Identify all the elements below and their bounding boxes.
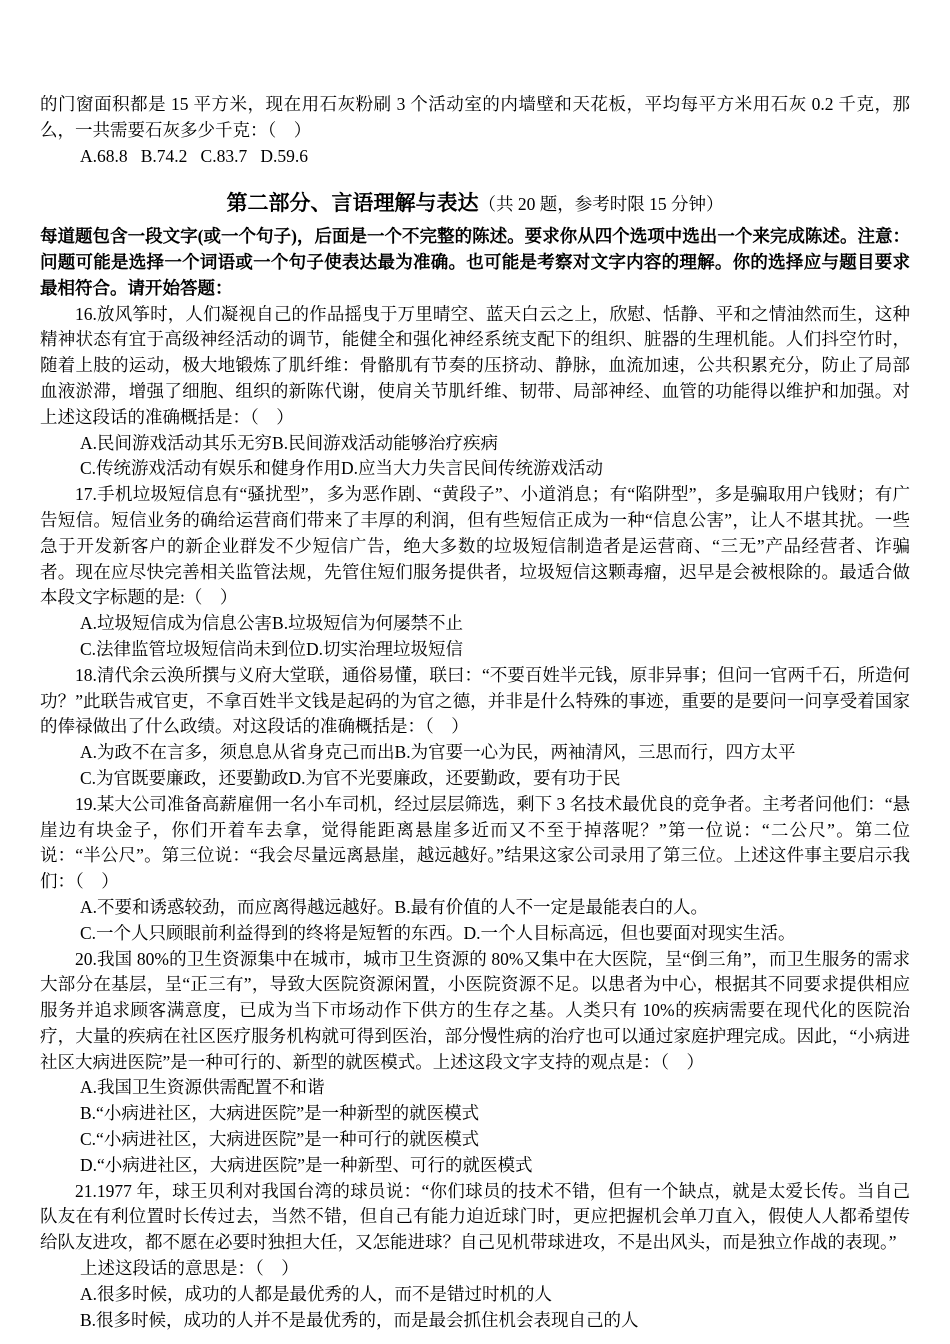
section-header: 第二部分、言语理解与表达（共 20 题，参考时限 15 分钟） — [40, 191, 910, 218]
q20-option-a: A.我国卫生资源供需配置不和谐 — [40, 1075, 910, 1101]
q21-stem: 21.1977 年，球王贝利对我国台湾的球员说：“你们球员的技术不错，但有一个缺… — [40, 1179, 910, 1256]
q17-options-row-2: C.法律监管垃圾短信尚未到位 D.切实治理垃圾短信 — [40, 637, 910, 663]
q16-option-a: A.民间游戏活动其乐无穷 — [80, 431, 272, 457]
q20-option-d: D.“小病进社区，大病进医院”是一种新型、可行的就医模式 — [40, 1153, 910, 1179]
q21-prompt: 上述这段话的意思是：（ ） — [40, 1256, 910, 1282]
q19-option-c: C.一个人只顾眼前利益得到的终将是短暂的东西。 — [80, 921, 464, 947]
q17-option-a: A.垃圾短信成为信息公害 — [80, 611, 272, 637]
q15-options-line: A.68.8 B.74.2 C.83.7 D.59.6 — [40, 144, 910, 170]
q19-option-d: D.一个人目标高远，但也要面对现实生活。 — [464, 921, 910, 947]
section-subtitle: （共 20 题，参考时限 15 分钟） — [479, 194, 724, 214]
q16-option-d: D.应当大力失言民间传统游戏活动 — [341, 456, 910, 482]
q17-option-c: C.法律监管垃圾短信尚未到位 — [80, 637, 306, 663]
q16-options-row-1: A.民间游戏活动其乐无穷 B.民间游戏活动能够治疗疾病 — [40, 431, 910, 457]
q16-option-c: C.传统游戏活动有娱乐和健身作用 — [80, 456, 341, 482]
section-instructions: 每道题包含一段文字(或一个句子)，后面是一个不完整的陈述。要求你从四个选项中选出… — [40, 224, 910, 301]
q21-option-a: A.很多时候，成功的人都是最优秀的人，而不是错过时机的人 — [40, 1282, 910, 1308]
q15-continuation-text: 的门窗面积都是 15 平方米，现在用石灰粉刷 3 个活动室的内墙壁和天花板，平均… — [40, 92, 910, 144]
q17-stem: 17.手机垃圾短信息有“骚扰型”，多为恶作剧、“黄段子”、小道消息；有“陷阱型”… — [40, 482, 910, 611]
q19-options-row-1: A.不要和诱惑较劲，而应离得越远越好。 B.最有价值的人不一定是最能表白的人。 — [40, 895, 910, 921]
q17-options-row-1: A.垃圾短信成为信息公害 B.垃圾短信为何屡禁不止 — [40, 611, 910, 637]
q16-options-row-2: C.传统游戏活动有娱乐和健身作用 D.应当大力失言民间传统游戏活动 — [40, 456, 910, 482]
q20-stem: 20.我国 80%的卫生资源集中在城市，城市卫生资源的 80%又集中在大医院，呈… — [40, 947, 910, 1076]
q17-option-b: B.垃圾短信为何屡禁不止 — [272, 611, 910, 637]
q20-option-c: C.“小病进社区，大病进医院”是一种可行的就医模式 — [40, 1127, 910, 1153]
q18-option-d: D.为官不光要廉政，还要勤政，要有功于民 — [289, 766, 910, 792]
q16-option-b: B.民间游戏活动能够治疗疾病 — [272, 431, 910, 457]
q18-option-b: B.为官要一心为民，两袖清风，三思而行，四方太平 — [395, 740, 910, 766]
q18-option-a: A.为政不在言多，须息息从省身克己而出 — [80, 740, 395, 766]
q20-option-b: B.“小病进社区，大病进医院”是一种新型的就医模式 — [40, 1101, 910, 1127]
section-title: 第二部分、言语理解与表达 — [227, 191, 479, 215]
q19-option-a: A.不要和诱惑较劲，而应离得越远越好。 — [80, 895, 395, 921]
q18-options-row-2: C.为官既要廉政，还要勤政 D.为官不光要廉政，还要勤政，要有功于民 — [40, 766, 910, 792]
q21-option-b: B.很多时候，成功的人并不是最优秀的，而是最会抓住机会表现自己的人 — [40, 1308, 910, 1334]
q16-stem: 16.放风筝时，人们凝视自己的作品摇曳于万里晴空、蓝天白云之上，欣慰、恬静、平和… — [40, 302, 910, 431]
exam-document-page: 的门窗面积都是 15 平方米，现在用石灰粉刷 3 个活动室的内墙壁和天花板，平均… — [0, 0, 950, 1344]
q18-option-c: C.为官既要廉政，还要勤政 — [80, 766, 289, 792]
q17-option-d: D.切实治理垃圾短信 — [306, 637, 910, 663]
q18-stem: 18.清代余云涣所撰与义府大堂联，通俗易懂，联曰：“不要百姓半元钱，原非异事；但… — [40, 663, 910, 740]
q19-option-b: B.最有价值的人不一定是最能表白的人。 — [395, 895, 910, 921]
q19-stem: 19.某大公司准备高薪雇佣一名小车司机，经过层层筛选，剩下 3 名技术最优良的竞… — [40, 792, 910, 895]
q19-options-row-2: C.一个人只顾眼前利益得到的终将是短暂的东西。 D.一个人目标高远，但也要面对现… — [40, 921, 910, 947]
q18-options-row-1: A.为政不在言多，须息息从省身克己而出 B.为官要一心为民，两袖清风，三思而行，… — [40, 740, 910, 766]
